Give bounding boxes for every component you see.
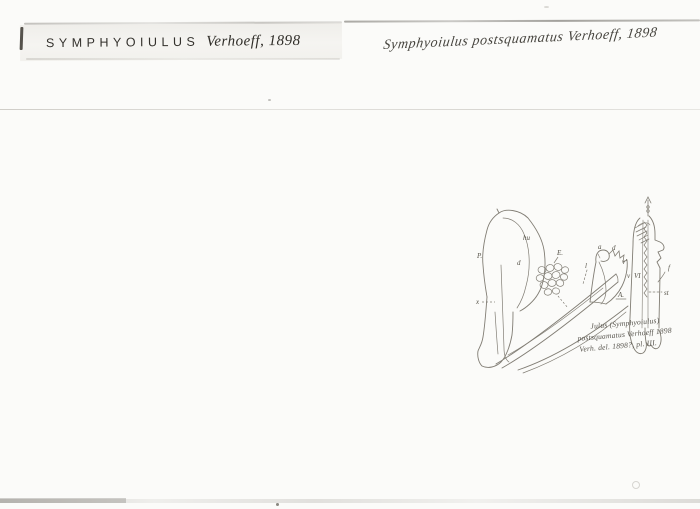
card-edge-smudge-right xyxy=(344,19,700,22)
left-lobe-figure xyxy=(478,209,545,367)
label-hu: hu xyxy=(523,234,531,242)
paper-speck xyxy=(268,99,271,101)
scale-cluster xyxy=(536,257,570,308)
label-v-prime: v' xyxy=(622,258,627,266)
bottom-card-edge-dark xyxy=(0,498,126,503)
genus-heading-line: SYMPHYOIULUSVerhoeff, 1898 xyxy=(46,32,301,52)
figure-letter-labels: P. hu d x E. l a d v' v A. VI f st xyxy=(475,234,671,306)
label-d-mid: d xyxy=(612,244,616,252)
genus-author: Verhoeff, 1898 xyxy=(206,33,300,50)
label-d-left: d xyxy=(517,259,521,267)
species-annotation: Symphyoiulus postsquamatus Verhoeff, 189… xyxy=(383,24,658,54)
paper-speck xyxy=(544,6,549,8)
label-v: v xyxy=(627,272,631,280)
label-vi: VI xyxy=(634,272,641,280)
horizontal-rule xyxy=(0,109,700,110)
label-x: x xyxy=(475,298,480,306)
label-e: E. xyxy=(556,249,563,257)
species-annotation-text: Symphyoiulus postsquamatus Verhoeff, 189… xyxy=(382,26,658,55)
label-a-underlined: A. xyxy=(617,291,624,299)
label-strip-bottom-smudge xyxy=(26,58,340,60)
genus-heading: SYMPHYOIULUS xyxy=(46,35,199,50)
label-st: st xyxy=(664,289,670,297)
label-f: f xyxy=(668,264,671,272)
label-a: a xyxy=(598,243,602,251)
scanned-index-card: SYMPHYOIULUSVerhoeff, 1898 Symphyoiulus … xyxy=(0,0,700,509)
label-p: P. xyxy=(476,252,482,260)
label-l: l xyxy=(585,262,587,270)
paper-speck xyxy=(632,481,640,489)
paper-speck xyxy=(276,503,279,506)
